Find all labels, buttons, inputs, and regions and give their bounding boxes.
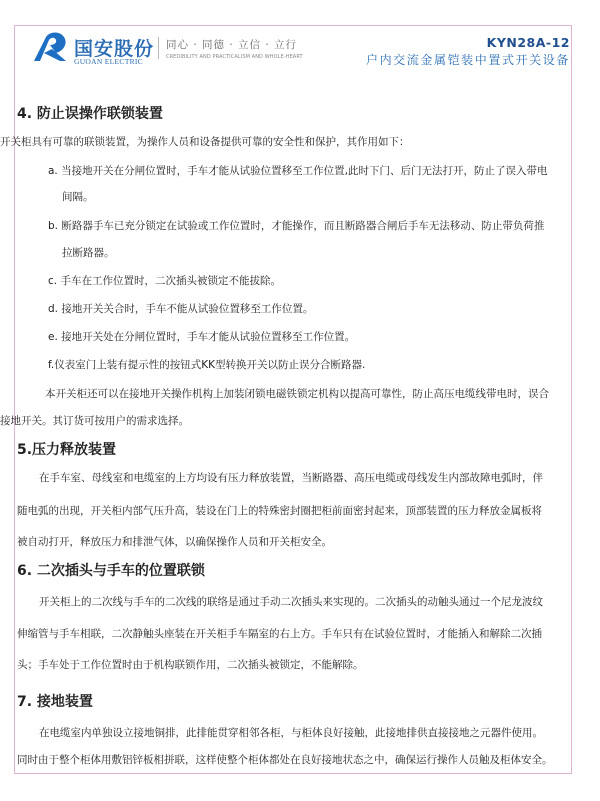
product-model: KYN28A-12 bbox=[487, 35, 570, 50]
section-title-4: 4. 防止误操作联锁装置 bbox=[17, 103, 163, 123]
section-5-line-3: 被自动打开，释放压力和排泄气体，以确保操作人员和开关柜安全。 bbox=[17, 534, 332, 549]
section-6-line-3: 头；手车处于工作位置时由于机构联锁作用，二次插头被锁定，不能解除。 bbox=[17, 657, 364, 672]
brand-name-en: GUOAN ELECTRIC bbox=[74, 57, 143, 66]
section-5-line-2: 随电弧的出现，开关柜内部气压升高，装设在门上的特殊密封圈把柜前面密封起来，顶部装… bbox=[17, 503, 542, 518]
section-title-7: 7. 接地装置 bbox=[17, 691, 93, 711]
section-7-line-2: 同时由于整个柜体用敷铝锌板相拼联，这样使整个柜体都处在良好接地状态之中，确保运行… bbox=[17, 752, 553, 767]
section-4-outro-cont: 接地开关。其订货可按用户的需求选择。 bbox=[0, 413, 189, 428]
list-item-a-cont: 间隔。 bbox=[62, 189, 94, 204]
section-5-line-1: 在手车室、母线室和电缆室的上方均设有压力释放装置，当断路器、高压电缆或母线发生内… bbox=[39, 470, 543, 485]
slogan-en: CREDIBILITY AND PRACTICALISM AND WHOLE-H… bbox=[166, 54, 303, 60]
section-7-line-1: 在电缆室内单独设立接地铜排，此排能贯穿相邻各柜，与柜体良好接触，此接地排供直接接… bbox=[39, 725, 543, 740]
section-4-intro: 开关柜具有可靠的联锁装置，为操作人员和设备提供可靠的安全性和保护，其作用如下： bbox=[0, 134, 410, 149]
section-title-5: 5.压力释放装置 bbox=[17, 439, 116, 459]
slogan-cn: 同心 · 同德 · 立信 · 立行 bbox=[166, 37, 297, 52]
list-item-c: c. 手车在工作位置时，二次插头被锁定不能拔除。 bbox=[48, 273, 281, 288]
section-4-outro: 本开关柜还可以在接地开关操作机构上加装闭锁电磁铁锁定机构以提高可靠性，防止高压电… bbox=[45, 386, 549, 401]
product-name: 户内交流金属铠装中置式开关设备 bbox=[366, 51, 570, 68]
list-item-b: b. 断路器手车已充分锁定在试验或工作位置时，才能操作，而且断路器合闸后手车无法… bbox=[48, 218, 544, 233]
section-6-line-2: 伸缩管与手车相联，二次静触头座装在开关柜手车隔室的右上方。手车只有在试验位置时，… bbox=[17, 626, 542, 641]
header-divider bbox=[158, 37, 159, 59]
list-item-a: a. 当接地开关在分闸位置时，手车才能从试验位置移至工作位置,此时下门、后门无法… bbox=[48, 163, 547, 178]
section-6-line-1: 开关柜上的二次线与手车的二次线的联络是通过手动二次插头来实现的。二次插头的动触头… bbox=[39, 594, 543, 609]
list-item-f: f.仪表室门上装有提示性的按钮式KK型转换开关以防止误分合断路器. bbox=[48, 357, 365, 372]
list-item-d: d. 接地开关关合时，手车不能从试验位置移至工作位置。 bbox=[48, 301, 313, 316]
list-item-e: e. 接地开关处在分闸位置时，手车才能从试验位置移至工作位置。 bbox=[48, 329, 355, 344]
guoan-logo-icon bbox=[30, 31, 70, 63]
section-title-6: 6. 二次插头与手车的位置联锁 bbox=[17, 560, 205, 580]
document-header: 国安股份 GUOAN ELECTRIC 同心 · 同德 · 立信 · 立行 CR… bbox=[14, 25, 572, 85]
list-item-b-cont: 拉断路器。 bbox=[62, 245, 115, 260]
